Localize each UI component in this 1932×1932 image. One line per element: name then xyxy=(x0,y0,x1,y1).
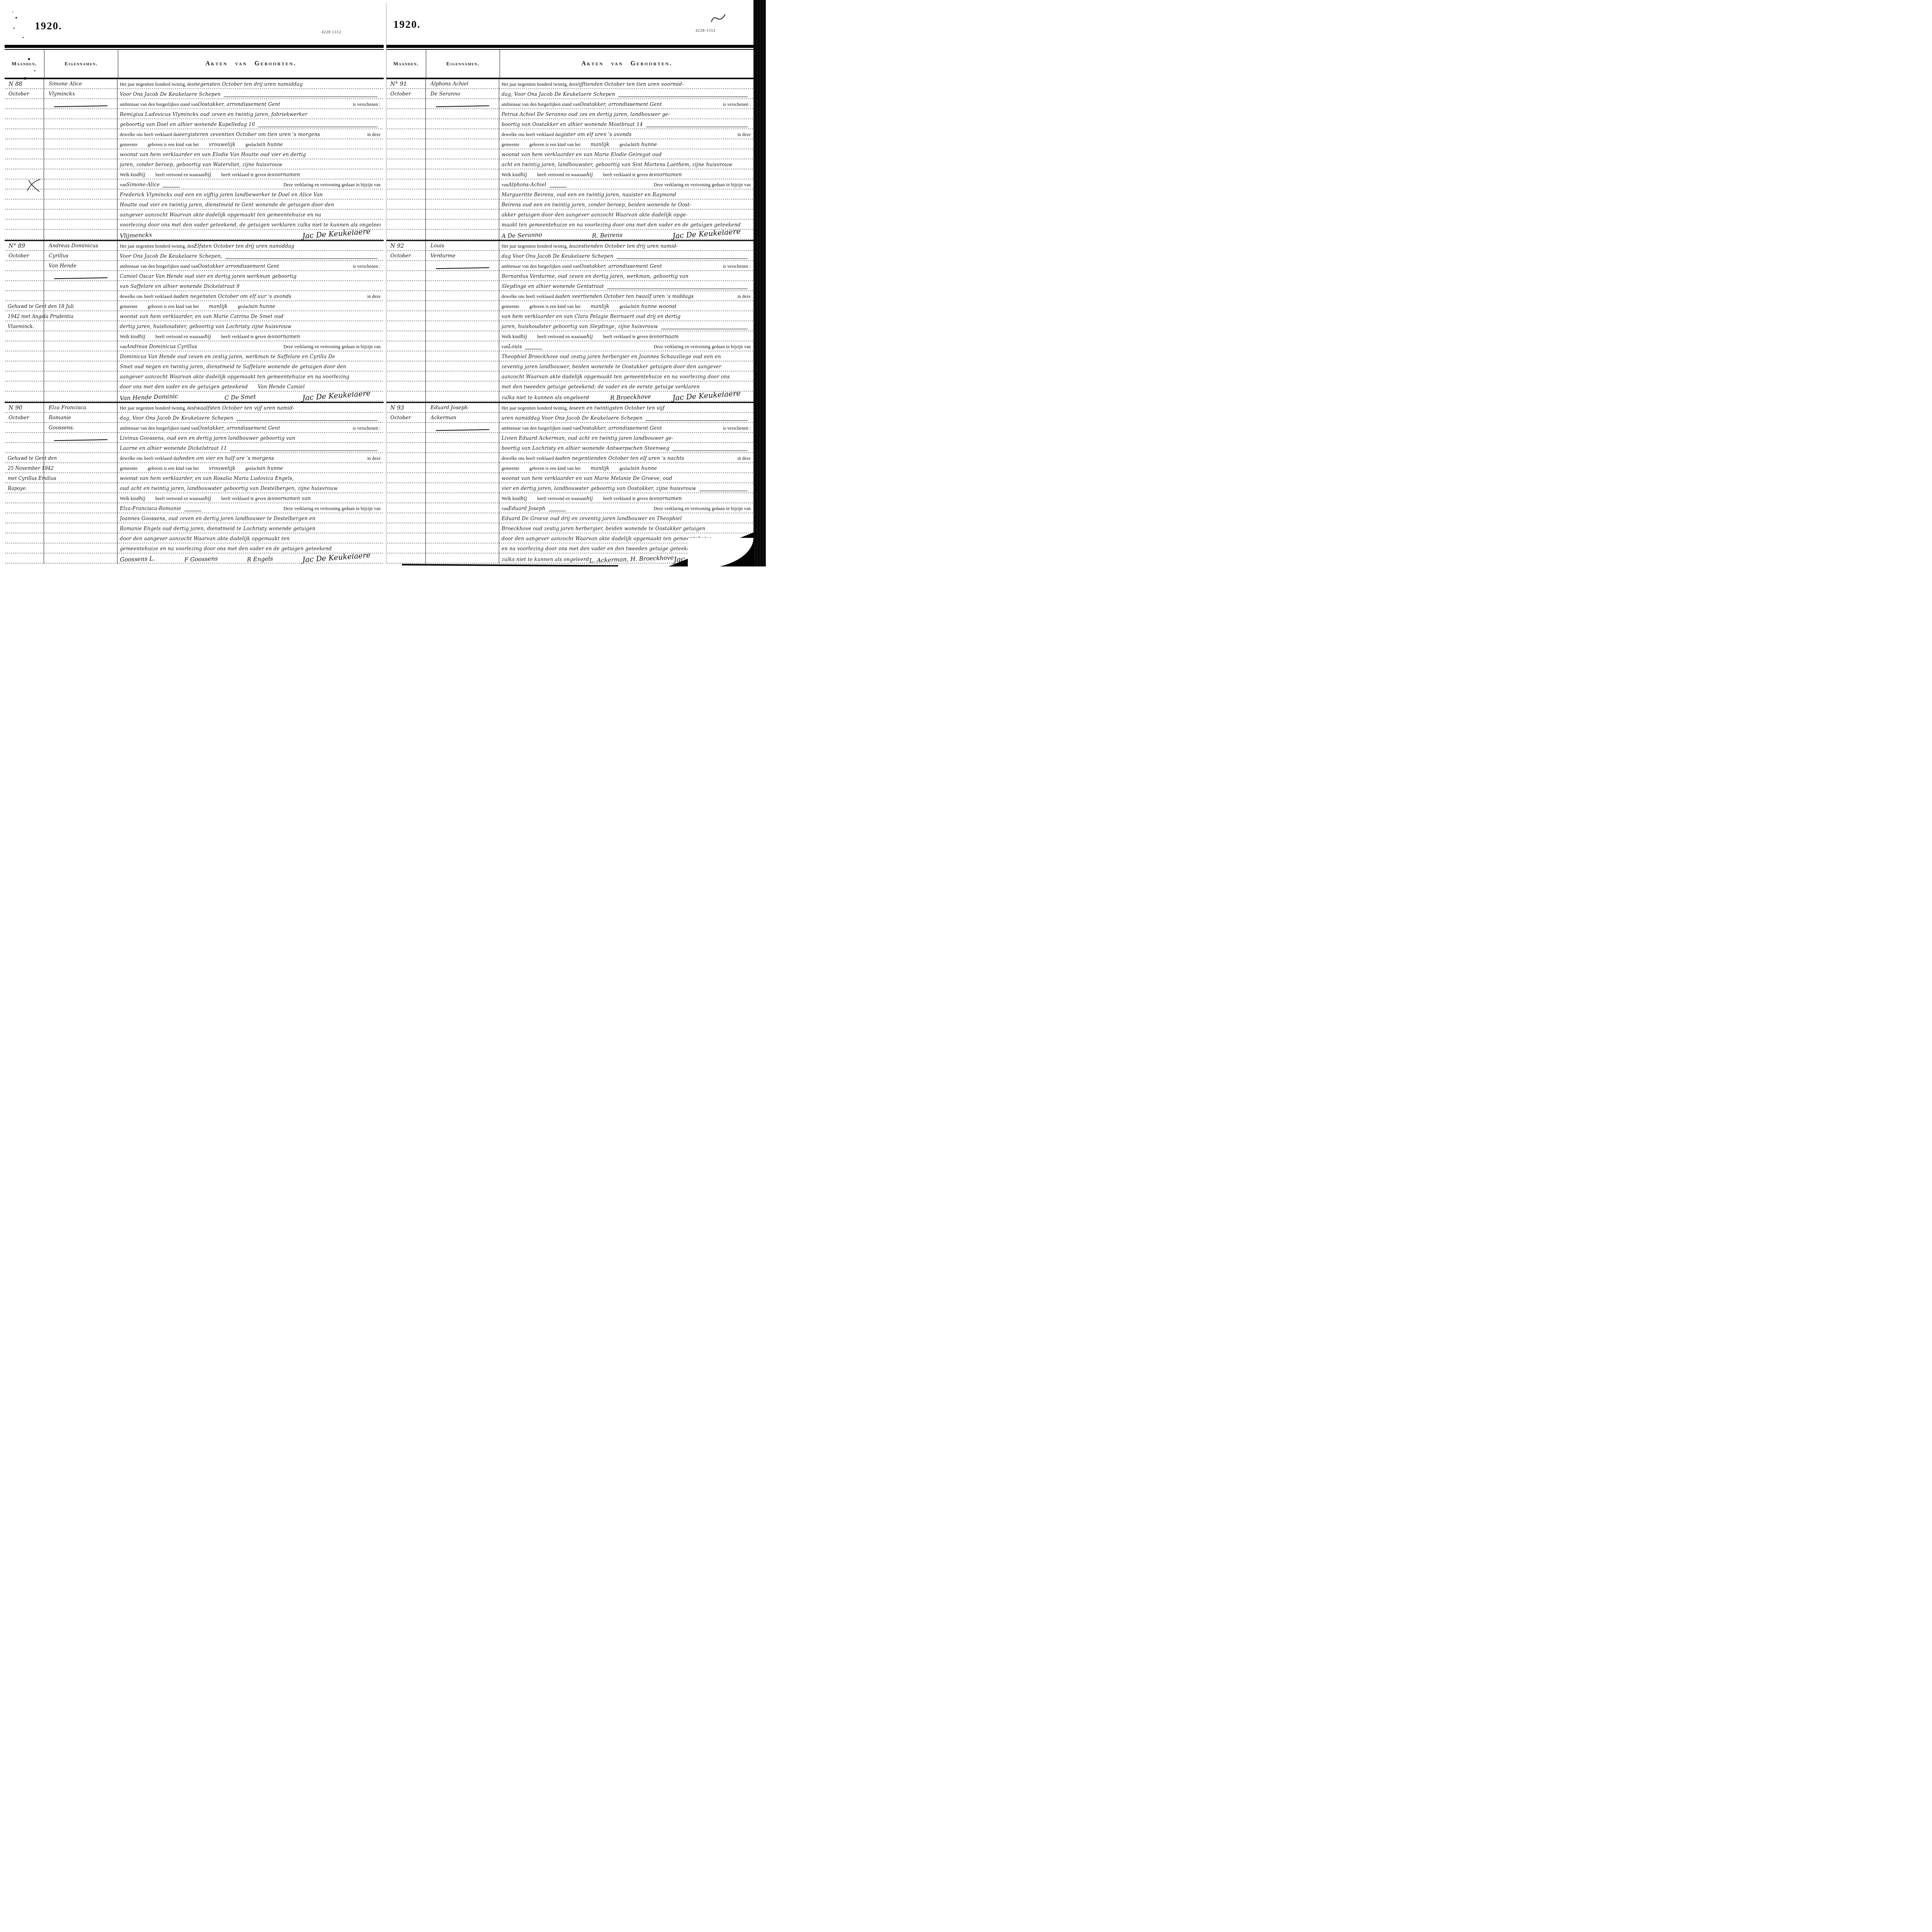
handwritten-text: dertig jaren, huishoudster, geboortig va… xyxy=(120,321,291,332)
act-line: Welk kind hijheeft vertoond en waaraan h… xyxy=(120,332,381,342)
printed-text: Welk kind xyxy=(120,494,139,503)
handwritten-text: hij xyxy=(587,332,593,342)
entry-month-line: October xyxy=(390,413,425,423)
handwritten-text: woonst van hem verklaarder, en van Rosal… xyxy=(120,473,294,483)
child-name: De Seranno xyxy=(430,89,460,99)
names-column: LouisVerdurme xyxy=(426,241,499,402)
handwritten-text: Elza-Francisca-Romanie xyxy=(120,503,181,514)
printed-text: Deze verklaring en vertooning gedaan in … xyxy=(654,504,751,514)
printed-text: ambtenaar van den burgerlijken stand van xyxy=(120,100,198,109)
act-line: Elza-Francisca-RomanieDeze verklaring en… xyxy=(120,503,381,514)
column-header-acts: Akten van Geboorten. xyxy=(500,60,754,67)
act-line: Joannes Goossens, oud zeven en dertig ja… xyxy=(120,514,381,524)
child-name-line: Romanie xyxy=(49,413,117,423)
printed-text: heeft verklaard te geven de xyxy=(603,170,653,180)
year-label: 1920. xyxy=(35,20,62,32)
signature: Van Hende Dominic xyxy=(120,392,178,402)
name-underline xyxy=(430,261,499,271)
handwritten-text: dag Voor Ons Jacob De Keukelaere Schepen xyxy=(502,251,614,261)
entry-month: October xyxy=(390,89,411,99)
year-label: 1920. xyxy=(393,19,421,31)
printed-text: Het jaar negentien honderd twintig, den xyxy=(120,403,194,413)
entry-month: October xyxy=(9,251,29,261)
printed-text: geslacht xyxy=(619,302,635,311)
handwritten-text: van Saffelare en alhier wonende Dickelst… xyxy=(120,281,240,291)
act-line: Remigius Ludovicus Vlyminckx oud zeven e… xyxy=(120,109,381,119)
printed-text: Deze verklaring en vertooning gedaan in … xyxy=(654,342,751,352)
act-line: Smet oud negen en twintig jaren, dienstm… xyxy=(120,362,381,372)
handwritten-text: voornaam xyxy=(653,332,679,342)
handwritten-text: voornamen van xyxy=(272,493,311,503)
handwritten-text: in hunne xyxy=(261,463,283,473)
marriage-note-text-line: Vlaeminck. xyxy=(8,321,116,332)
signature: R. Beirens xyxy=(592,230,623,240)
child-name: Van Hende xyxy=(49,261,77,271)
printed-text: gemeente xyxy=(502,464,519,473)
printed-text: geboren is een kind van het xyxy=(529,140,581,150)
act-line: gemeentegeboren is een kind van het manl… xyxy=(502,463,751,473)
act-line: Livinus Goossens, oud een en dertig jare… xyxy=(120,433,381,443)
entry-number-line: N 93 xyxy=(390,403,425,413)
printed-text: is verschenen : xyxy=(723,100,751,109)
handwritten-text: hij xyxy=(521,170,527,180)
printed-text: gemeente xyxy=(502,140,519,150)
act-line: dag, Voor Ons Jacob De Keukelaere Schepe… xyxy=(502,89,751,99)
handwritten-text: voornamen xyxy=(653,170,682,180)
act-line: Het jaar negentien honderd twintig, den … xyxy=(502,241,751,251)
child-name: Vlyminckx xyxy=(49,89,75,99)
handwritten-text: Oostakker, arrondissement Gent xyxy=(198,99,280,109)
act-line: boortig van Oostakker en alhier wonende … xyxy=(502,119,751,129)
act-column: Het jaar negentien honderd twintig, den … xyxy=(117,79,384,240)
handwritten-text: Laarne en alhier wonende Dickelstraat 11 xyxy=(120,443,227,453)
act-line: gemeentegeboren is een kind van het vrou… xyxy=(120,139,381,150)
printed-text: Deze verklaring en vertooning gedaan in … xyxy=(284,504,381,514)
printed-text: heeft vertoond en waaraan xyxy=(537,494,587,503)
handwritten-text: uren namiddag Voor Ons Jacob De Keukelae… xyxy=(502,413,643,423)
printed-text: geslacht xyxy=(245,140,261,150)
act-line: Livien Eduard Ackerman, oud acht en twin… xyxy=(502,433,751,443)
act-line: acht en twintig jaren, landbouwster, geb… xyxy=(502,160,751,170)
handwritten-text: van hem verklaarder en van Clara Pelagie… xyxy=(502,311,680,321)
marriage-note-text-line: Rapoye. xyxy=(8,483,116,493)
printed-text: heeft verklaard te geven de xyxy=(221,170,272,180)
child-name-line: Vlyminckx xyxy=(49,89,117,99)
signature-row: A De SerannoR. BeirensJac De Keukelaere xyxy=(502,230,751,240)
handwritten-text: akker getuigen door den aangever aanzoch… xyxy=(502,210,687,220)
act-line: Romanie Engels oud dertig jaren, dienstm… xyxy=(120,524,381,534)
scan-edge-sliver xyxy=(402,564,618,566)
handwritten-text: den veertienden October ten twaalf uren … xyxy=(561,291,694,301)
form-number: 4228 1312 xyxy=(321,30,342,34)
act-line: Welk kind hijheeft vertoond en waaraan h… xyxy=(120,493,381,503)
act-line: akker getuigen door den aangever aanzoch… xyxy=(502,210,751,220)
printed-text: ambtenaar van den burgerlijken stand van xyxy=(120,423,198,433)
entry-month-line: October xyxy=(390,89,425,99)
page-right: 1920. 4228-1312 Maanden. Eigennamen. Akt… xyxy=(386,3,754,564)
entries-area: N 88OctoberSimone AliceVlyminckxHet jaar… xyxy=(5,79,384,564)
names-column: Alphons AchielDe Seranno xyxy=(426,79,499,240)
printed-text: is verschenen : xyxy=(353,423,381,433)
entry-month-line: October xyxy=(390,251,425,261)
entry-number-line: N 92 xyxy=(390,241,425,251)
handwritten-text: in hunne xyxy=(635,139,657,150)
act-line: uren namiddag Voor Ons Jacob De Keukelae… xyxy=(502,413,751,423)
act-line: Het jaar negentien honderd twintig, den … xyxy=(120,79,381,89)
handwritten-text: Broeckhove oud zestig jaren herbergier, … xyxy=(502,524,705,534)
handwritten-text: manlijk xyxy=(591,301,610,311)
marriage-note-text: Gehuwd te Gent den xyxy=(8,453,57,463)
name-underline xyxy=(49,99,117,109)
child-name: Simone Alice xyxy=(49,79,82,89)
act-column: Het jaar negentien honderd twintig, den … xyxy=(499,241,754,402)
handwritten-text: Oostakker arrondissement Gent xyxy=(198,261,279,271)
handwritten-text: Bernardus Verdurme, oud zeven en dertig … xyxy=(502,271,689,281)
column-headers: Maanden. Eigennamen. Akten van Geboorten… xyxy=(386,50,754,79)
handwritten-text: Margueritte Beirens, oud een en twintig … xyxy=(502,190,676,200)
ink-flourish xyxy=(25,178,43,193)
act-line: dag, Voor Ons Jacob De Keukelaere Schepe… xyxy=(120,413,381,423)
act-line: dewelke ons heeft verklaard dat den veer… xyxy=(502,291,751,301)
printed-text: dewelke ons heeft verklaard dat xyxy=(502,292,561,301)
act-line: jaren, huishoudster geboortig van Sleydi… xyxy=(502,321,751,332)
act-line: geboortig van Doel en alhier wonende Kap… xyxy=(120,119,381,129)
ruling-dash xyxy=(617,259,748,259)
handwritten-text: Livien Eduard Ackerman, oud acht en twin… xyxy=(502,433,673,443)
handwritten-text: vier en dertig jaren, landbouwster geboo… xyxy=(502,483,696,493)
handwritten-text: Alphons-Achiel xyxy=(508,180,546,190)
handwritten-text: boortig van Oostakker en alhier wonende … xyxy=(502,119,643,129)
ruling-dash xyxy=(661,329,748,329)
handwritten-text: door den aangever aanzocht Waarvan akte … xyxy=(120,534,289,544)
child-name-line: Ackerman xyxy=(430,413,499,423)
printed-text: Het jaar negentien honderd twintig, den xyxy=(120,241,194,251)
act-line: dag Voor Ons Jacob De Keukelaere Schepen xyxy=(502,251,751,261)
printed-text: geslacht xyxy=(619,140,635,150)
marriage-note-text: 1942 met Angela Prudentia xyxy=(8,311,73,321)
child-name: Ackerman xyxy=(430,413,456,423)
entry-number: N 93 xyxy=(390,403,404,413)
signature: C De Smet xyxy=(224,392,256,402)
handwritten-text: gemeentehuize en na voorlezing door ons … xyxy=(120,544,332,554)
marriage-note: Gehuwd te Gent den25 November 1942met Cy… xyxy=(8,453,116,493)
handwritten-text: aangever aanzocht Waarvan akte dadelijk … xyxy=(120,210,321,220)
act-line: met den tweeden getuige geteekend; de va… xyxy=(502,382,751,392)
handwritten-text: Simone-Alice xyxy=(126,180,160,190)
signature: R Broeckhove xyxy=(610,392,651,402)
printed-text: Deze verklaring en vertooning gedaan in … xyxy=(284,342,381,352)
handwritten-text: Van Hende Camiel xyxy=(258,382,304,392)
handwritten-text: in hunne xyxy=(635,463,657,473)
ruling-dash xyxy=(699,491,748,491)
signature: A De Seranno xyxy=(502,230,542,240)
handwritten-text: in hunne woonst xyxy=(635,301,677,311)
child-name-line: Alphons Achiel xyxy=(430,79,499,89)
handwritten-text: Oostakker, arrondissement Gent xyxy=(580,99,662,109)
handwritten-text: Frederick Vlyminckx oud een en vijftig j… xyxy=(120,190,323,200)
act-line: Eduard De Groeve oud drij en zeventig ja… xyxy=(502,514,751,524)
handwritten-text: hij xyxy=(205,493,211,503)
act-line: Het jaar negentien honderd twintig, den … xyxy=(502,79,751,89)
marriage-note-text-line: Gehuwd te Gent den 18 Juli xyxy=(8,301,116,311)
printed-text: geboren is een kind van het xyxy=(148,140,199,150)
birth-record-entry: N 90OctoberElza FranciscaRomanieGoossens… xyxy=(5,403,384,564)
printed-text: heeft verklaard te geven de xyxy=(221,494,272,503)
handwritten-text: een en twintigsten October ten vijf xyxy=(576,403,665,413)
handwritten-text: Eduard De Groeve oud drij en zeventig ja… xyxy=(502,514,682,524)
child-name-line: Cyrillus xyxy=(49,251,117,261)
child-name: Verdurme xyxy=(430,251,456,261)
act-line: Broeckhove oud zestig jaren herbergier, … xyxy=(502,524,751,534)
handwritten-text: woonst van hem verklaarder en van Marie … xyxy=(502,150,662,160)
handwritten-text: dag, Voor Ons Jacob De Keukelaere Schepe… xyxy=(120,413,233,423)
handwritten-text: Andreas Dominicus Cyrillus xyxy=(126,342,197,352)
child-name: Louis xyxy=(430,241,444,251)
act-line: dewelke ons heeft verklaard dat heden om… xyxy=(120,453,381,463)
child-name: Elza Francisca xyxy=(49,403,86,413)
act-line: ambtenaar van den burgerlijken stand van… xyxy=(502,423,751,433)
page-left: 1920. 4228 1312 Maanden. Eigennamen. Akt… xyxy=(5,3,384,564)
column-header-names: Eigennamen. xyxy=(426,50,500,78)
name-underline xyxy=(430,423,499,433)
handwritten-text: Louis xyxy=(508,342,522,352)
handwritten-text: hij xyxy=(139,493,146,503)
child-name: Romanie xyxy=(49,413,71,423)
handwritten-text: hij xyxy=(205,332,211,342)
handwritten-text: Joannes Goossens, oud zeven en dertig ja… xyxy=(120,514,315,524)
printed-text: gemeente xyxy=(120,464,138,473)
printed-text: dewelke ons heeft verklaard dat xyxy=(120,454,179,463)
act-line: maakt ten gemeentehuize en na voorlezing… xyxy=(502,220,751,230)
printed-text: geslacht xyxy=(619,464,635,473)
ruling-dash xyxy=(230,451,378,451)
act-line: van Eduard JosephDeze verklaring en vert… xyxy=(502,503,751,514)
handwritten-text: voornamen xyxy=(272,170,300,180)
act-line: dewelke ons heeft verklaard dat den nege… xyxy=(120,291,381,301)
act-line: boortig van Lochristy en alhier wonende … xyxy=(502,443,751,453)
act-line: Welk kind hijheeft vertoond en waaraan h… xyxy=(120,170,381,180)
printed-text: in deze xyxy=(367,130,381,139)
printed-text: heeft vertoond en waaraan xyxy=(155,494,205,503)
entry-number-line: N° 89 xyxy=(9,241,44,251)
column-header-months: Maanden. xyxy=(5,50,44,78)
signature: Goossens L. xyxy=(120,554,155,564)
act-line: ambtenaar van den burgerlijken stand van… xyxy=(502,261,751,271)
marriage-note-text: Vlaeminck. xyxy=(8,321,34,332)
marriage-note-text: Gehuwd te Gent den 18 Juli xyxy=(8,301,74,311)
printed-text: is verschenen : xyxy=(723,262,751,271)
act-line: Het jaar negentien honderd twintig, den … xyxy=(120,403,381,413)
column-header-acts: Akten van Geboorten. xyxy=(118,60,384,67)
act-line: Camiel Oscar Van Hende oud vier en derti… xyxy=(120,271,381,281)
printed-text: Het jaar negentien honderd twintig, den xyxy=(120,80,194,89)
handwritten-text: Petrus Achiel De Seranno oud zes en dert… xyxy=(502,109,670,119)
printed-text: dewelke ons heeft verklaard dat xyxy=(120,130,179,139)
signature: F Goossens xyxy=(184,554,218,564)
handwritten-text: hij xyxy=(587,170,593,180)
printed-text: Het jaar negentien honderd twintig, den xyxy=(502,241,576,251)
printed-text: in deze xyxy=(737,292,751,301)
child-name: Alphons Achiel xyxy=(430,79,468,89)
handwritten-text: vijftienden October ten tien uren voormi… xyxy=(576,79,684,89)
printed-text: geboren is een kind van het xyxy=(529,302,581,311)
handwritten-text: Theophiel Broeckhove oud zestig jaren he… xyxy=(502,352,721,362)
printed-text: heeft vertoond en waaraan xyxy=(537,170,587,180)
handwritten-text: den negentienden October ten elf uren 's… xyxy=(561,453,684,463)
handwritten-text: woonst van hem verklaarder en van Marie … xyxy=(502,473,672,483)
names-column: Eduard JosephAckerman xyxy=(426,403,499,564)
child-name: Andreas Dominicus xyxy=(49,241,98,251)
signature: Jac De Keukelaere xyxy=(302,554,371,564)
handwritten-text: in hunne xyxy=(261,139,283,150)
printed-text: dewelke ons heeft verklaard dat xyxy=(502,454,561,463)
handwritten-text: Elfsten October ten drij uren namiddag xyxy=(194,241,294,251)
act-line: woonst van hem verklaarder en van Elodie… xyxy=(120,150,381,160)
act-line: Het jaar negentien honderd twintig, den … xyxy=(120,241,381,251)
page-header: 1920. 4228-1312 xyxy=(386,3,754,45)
entry-number-line: N 88 xyxy=(9,79,44,89)
ruling-dash xyxy=(224,97,378,97)
act-line: vier en dertig jaren, landbouwster geboo… xyxy=(502,483,751,493)
act-line: Houtte oud vier en twintig jaren, dienst… xyxy=(120,200,381,210)
ruling-dash-short xyxy=(184,511,201,511)
double-rule xyxy=(386,45,754,48)
entry-number: N° 91 xyxy=(390,79,407,89)
ruling-dash xyxy=(618,97,748,97)
printed-text: heeft vertoond en waaraan xyxy=(537,332,587,342)
handwritten-text: Sleydinge en alhier wonende Gentstraat xyxy=(502,281,604,291)
month-column: N 92October xyxy=(386,241,426,402)
act-line: van Saffelare en alhier wonende Dickelst… xyxy=(120,281,381,291)
act-line: ambtenaar van den burgerlijken stand van… xyxy=(120,99,381,109)
entry-number-line: N° 91 xyxy=(390,79,425,89)
signature: R Engels xyxy=(247,554,273,564)
handwritten-text: aanzocht Waarvan akte dadelijk opgemaakt… xyxy=(502,372,730,382)
name-underline xyxy=(49,271,117,281)
month-column: N 93October xyxy=(386,403,426,564)
act-line: ambtenaar van den burgerlijken stand van… xyxy=(120,261,381,271)
ruling-dash xyxy=(607,289,748,289)
handwritten-text: boortig van Lochristy en alhier wonende … xyxy=(502,443,669,453)
act-line: Welk kind hijheeft vertoond en waaraan h… xyxy=(502,170,751,180)
handwritten-text: Oostakker, arrondissement Gent xyxy=(198,423,280,433)
entry-number: N 88 xyxy=(9,79,22,89)
ruling-dash-short xyxy=(163,187,180,187)
printed-text: in deze xyxy=(737,454,751,463)
printed-text: geboren is een kind van het xyxy=(148,464,199,473)
birth-record-entry: N 88OctoberSimone AliceVlyminckxHet jaar… xyxy=(5,79,384,240)
printed-text: Welk kind xyxy=(120,332,139,342)
printed-text: Welk kind xyxy=(502,332,521,342)
child-name-line: Verdurme xyxy=(430,251,499,261)
act-line: ambtenaar van den burgerlijken stand van… xyxy=(502,99,751,109)
act-line: van hem verklaarder en van Clara Pelagie… xyxy=(502,311,751,321)
handwritten-text: zestienden October ten drij uren namid- xyxy=(576,241,678,251)
printed-text: van xyxy=(120,180,126,190)
handwritten-text: Voor Ons Jacob De Keukelaere Schepen xyxy=(120,89,221,99)
entry-month: October xyxy=(390,413,411,423)
handwritten-text: Eduard Joseph xyxy=(508,503,545,514)
signature-row: VlijmenckxJac De Keukelaere xyxy=(120,230,381,240)
entry-number: N 90 xyxy=(9,403,22,413)
handwritten-text: zulks niet te kunnen als ongeleerd xyxy=(502,393,589,402)
handwritten-text: jaren, zonder beroep, geboortig van Wate… xyxy=(120,160,282,170)
printed-text: geslacht xyxy=(238,302,253,311)
printed-text: ambtenaar van den burgerlijken stand van xyxy=(502,100,580,109)
act-line: door den aangever aanzocht Waarvan akte … xyxy=(120,534,381,544)
act-line: woonst van hem verklaarder en van Marie … xyxy=(502,150,751,160)
ruling-dash-short xyxy=(549,187,566,187)
handwritten-text: vrouwelijk xyxy=(209,139,236,150)
act-line: Voor Ons Jacob De Keukelaere Schepen, xyxy=(120,251,381,261)
printed-text: gemeente xyxy=(120,302,138,311)
handwritten-text: maakt ten gemeentehuize en na voorlezing… xyxy=(502,220,741,230)
child-name-line: Simone Alice xyxy=(49,79,117,89)
printed-text: geslacht xyxy=(245,464,261,473)
printed-text: Welk kind xyxy=(502,494,521,503)
printed-text: heeft vertoond en waaraan xyxy=(155,170,205,180)
ruling-dash xyxy=(672,451,748,451)
handwritten-text: den negensten October om elf uur 's avon… xyxy=(179,291,292,301)
handwritten-text: gister om elf uren 's avonds xyxy=(561,129,632,139)
act-line: dewelke ons heeft verklaard dat gister o… xyxy=(502,129,751,139)
printed-text: in deze xyxy=(367,292,381,301)
child-name-line: Van Hende xyxy=(49,261,117,271)
handwritten-text: negensten October ten drij uren namiddag xyxy=(194,79,303,89)
printed-text: Welk kind xyxy=(120,170,139,180)
act-line: aangever aanzocht Waarvan akte dadelijk … xyxy=(120,372,381,382)
act-column: Het jaar negentien honderd twintig, den … xyxy=(117,403,384,564)
handwritten-text: hij xyxy=(587,493,593,503)
entry-month-line: October xyxy=(9,251,44,261)
printed-text: dewelke ons heeft verklaard dat xyxy=(120,292,179,301)
act-line: gemeentegeboren is een kind van het vrou… xyxy=(120,463,381,473)
handwritten-text: zulks niet te kunnen als ongeleerd xyxy=(502,554,589,564)
printed-text: geboren is een kind van het xyxy=(529,464,581,473)
handwritten-text: Dominicus Van Hende oud zeven en zestig … xyxy=(120,352,335,362)
handwritten-text: in hunne xyxy=(253,301,276,311)
names-column: Simone AliceVlyminckx xyxy=(44,79,117,240)
book-edge xyxy=(753,0,766,566)
name-underline xyxy=(430,99,499,109)
child-name: Goossens. xyxy=(49,423,74,433)
handwritten-text: dag, Voor Ons Jacob De Keukelaere Schepe… xyxy=(502,89,615,99)
handwritten-text: Camiel Oscar Van Hende oud vier en derti… xyxy=(120,271,297,281)
act-line: zeventig jaren landbouwer, beiden wonend… xyxy=(502,362,751,372)
marriage-note: Gehuwd te Gent den 18 Juli1942 met Angel… xyxy=(8,301,116,332)
child-name-line: Eduard Joseph xyxy=(430,403,499,413)
act-line: dewelke ons heeft verklaard dat eergiste… xyxy=(120,129,381,139)
act-line: door ons met den vader en de getuigen ge… xyxy=(120,382,381,392)
handwritten-text: voornamen xyxy=(653,493,682,503)
act-line: woonst van hem verklaarder, en van Rosal… xyxy=(120,473,381,483)
handwritten-text: door den aangever aanzocht Waarvan akte … xyxy=(502,534,712,544)
signature: Vlijmenckx xyxy=(120,230,152,240)
handwritten-text: met den tweeden getuige geteekend; de va… xyxy=(502,382,700,392)
handwritten-text: twaalfsten October ten vijf uren namid- xyxy=(194,403,294,413)
act-line: ambtenaar van den burgerlijken stand van… xyxy=(120,423,381,433)
act-line: woonst van hem verklaarder, en van Marie… xyxy=(120,311,381,321)
marriage-note-text-line: met Cyrillus Emilius xyxy=(8,473,116,483)
printed-text: gemeente xyxy=(502,302,519,311)
handwritten-text: oud acht en twintig jaren, landbouwster … xyxy=(120,483,338,493)
act-line: oud acht en twintig jaren, landbouwster … xyxy=(120,483,381,493)
handwritten-text: hij xyxy=(139,170,146,180)
printed-text: van xyxy=(502,504,508,514)
entry-month-line: October xyxy=(9,413,44,423)
signature-row: Van Hende DominicC De SmetJac De Keukela… xyxy=(120,392,381,402)
marriage-note-text: Rapoye. xyxy=(8,483,27,493)
